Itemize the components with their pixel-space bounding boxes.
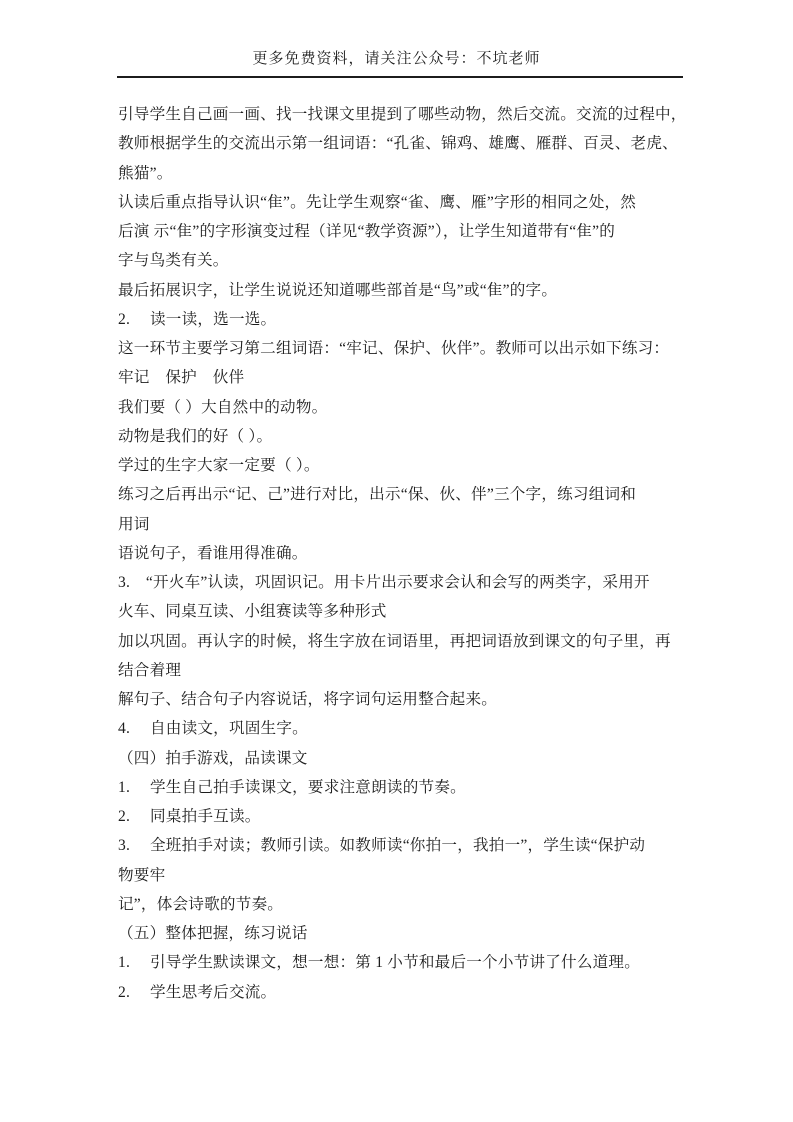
text-line: 牢记 保护 伙伴 [118, 363, 684, 392]
text-line: 这一环节主要学习第二组词语：“牢记、保护、伙伴”。教师可以出示如下练习： [118, 334, 684, 363]
text-line: 物要牢 [118, 861, 684, 890]
text-line: 引导学生自己画一画、找一找课文里提到了哪些动物，然后交流。交流的过程中， [118, 100, 684, 129]
text-line: 认读后重点指导认识“隹”。先让学生观察“雀、鹰、雁”字形的相同之处，然 [118, 188, 684, 217]
text-line: 教师根据学生的交流出示第一组词语：“孔雀、锦鸡、雄鹰、雁群、百灵、老虎、 [118, 129, 684, 158]
text-line: 熊猫”。 [118, 159, 684, 188]
text-line: 3. “开火车”认读，巩固识记。用卡片出示要求会认和会写的两类字，采用开 [118, 568, 684, 597]
text-line: （五）整体把握，练习说话 [118, 919, 684, 948]
text-line: 1. 引导学生默读课文，想一想：第 1 小节和最后一个小节讲了什么道理。 [118, 948, 684, 977]
text-line: 4. 自由读文，巩固生字。 [118, 714, 684, 743]
text-line: 加以巩固。再认字的时候，将生字放在词语里，再把词语放到课文的句子里，再 [118, 627, 684, 656]
text-line: 2. 读一读，选一选。 [118, 305, 684, 334]
text-line: 2. 同桌拍手互读。 [118, 802, 684, 831]
text-line: 学过的生字大家一定要（ ）。 [118, 451, 684, 480]
text-line: 动物是我们的好（ ）。 [118, 422, 684, 451]
text-line: 记”，体会诗歌的节奏。 [118, 890, 684, 919]
text-line: 后演 示“隹”的字形演变过程（详见“教学资源”），让学生知道带有“隹”的 [118, 217, 684, 246]
text-line: 我们要（ ）大自然中的动物。 [118, 393, 684, 422]
text-line: 练习之后再出示“记、己”进行对比，出示“保、伙、伴”三个字，练习组词和 [118, 480, 684, 509]
text-line: （四）拍手游戏，品读课文 [118, 744, 684, 773]
document-page: 更多免费资料，请关注公众号：不坑老师 引导学生自己画一画、找一找课文里提到了哪些… [0, 0, 793, 1122]
text-line: 火车、同桌互读、小组赛读等多种形式 [118, 597, 684, 626]
text-line: 字与鸟类有关。 [118, 246, 684, 275]
text-line: 解句子、结合句子内容说话，将字词句运用整合起来。 [118, 685, 684, 714]
text-line: 3. 全班拍手对读；教师引读。如教师读“你拍一，我拍一”，学生读“保护动 [118, 831, 684, 860]
document-body: 引导学生自己画一画、找一找课文里提到了哪些动物，然后交流。交流的过程中， 教师根… [118, 100, 684, 1007]
header-divider [117, 76, 683, 78]
header-notice: 更多免费资料，请关注公众号：不坑老师 [0, 48, 793, 70]
text-line: 最后拓展识字，让学生说说还知道哪些部首是“鸟”或“隹”的字。 [118, 276, 684, 305]
text-line: 2. 学生思考后交流。 [118, 978, 684, 1007]
text-line: 用词 [118, 510, 684, 539]
text-line: 1. 学生自己拍手读课文，要求注意朗读的节奏。 [118, 773, 684, 802]
text-line: 语说句子，看谁用得准确。 [118, 539, 684, 568]
text-line: 结合着理 [118, 656, 684, 685]
